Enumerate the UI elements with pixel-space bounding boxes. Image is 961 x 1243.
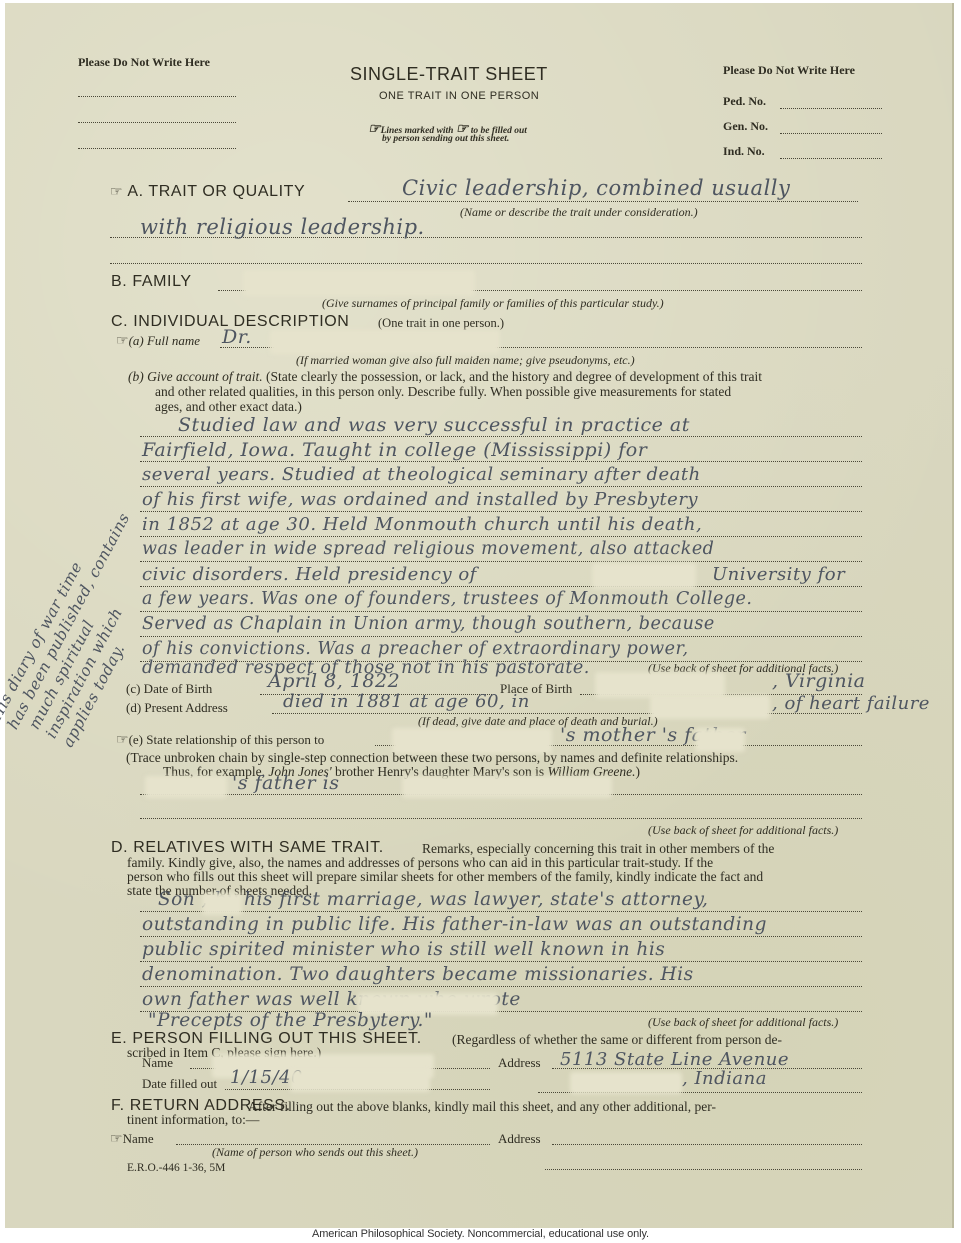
ind-no-field[interactable] (780, 158, 882, 159)
gen-no-field[interactable] (780, 133, 882, 134)
trait-value-line-1: Civic leadership, combined usually (402, 176, 790, 200)
account-text-line: several years. Studied at theological se… (142, 464, 701, 485)
relatives-text-line: denomination. Two daughters became missi… (142, 964, 694, 985)
filler-address-value-2: , Indiana (682, 1068, 767, 1089)
filler-name-label: Name (142, 1055, 173, 1071)
full-name-label: ☞(a) Full name (116, 333, 200, 350)
account-line[interactable] (140, 486, 862, 487)
account-instructions: (b) Give account of trait. (State clearl… (128, 369, 863, 384)
relatives-use-back-hint: (Use back of sheet for additional facts.… (648, 1015, 838, 1030)
account-line[interactable] (140, 436, 862, 437)
relatives-line[interactable] (140, 986, 862, 987)
present-address-value: died in 1881 at age 60, in (283, 691, 530, 712)
return-address-label: Address (498, 1131, 541, 1147)
filler-address-label: Address (498, 1055, 541, 1071)
office-line-1 (78, 96, 236, 97)
relationship-redacted-2 (695, 728, 745, 752)
header-instruction-line-2: by person sending out this sheet. (382, 134, 509, 144)
account-line[interactable] (140, 461, 862, 462)
university-redacted (592, 563, 696, 589)
trait-value-line-2: with religious leadership. (140, 215, 425, 239)
trait-line-3[interactable] (110, 263, 862, 264)
death-place-redacted (650, 695, 770, 719)
account-text-line: Served as Chaplain in Union army, though… (142, 614, 715, 634)
account-text-line-suffix: University for (712, 564, 845, 585)
account-text-line: of his convictions. Was a preacher of ex… (142, 639, 689, 659)
filler-address-value: 5113 State Line Avenue (560, 1049, 789, 1070)
account-line[interactable] (140, 536, 862, 537)
full-name-hint: (If married woman give also full maiden … (296, 353, 635, 368)
family-redacted (243, 270, 475, 296)
account-line[interactable] (140, 611, 862, 612)
relationship-use-back-hint: (Use back of sheet for additional facts.… (648, 823, 838, 838)
relatives-text-line: "Precepts of the Presbytery." (148, 1010, 433, 1031)
relationship-hint-1: (Trace unbroken chain by single-step con… (126, 750, 864, 765)
gen-no-label: Gen. No. (723, 119, 768, 134)
full-name-value: Dr. (222, 326, 252, 348)
relatives-line[interactable] (140, 961, 862, 962)
relatives-line[interactable] (140, 936, 862, 937)
dob-value: April 8, 1822 (268, 670, 400, 692)
account-text-line: Studied law and was very successful in p… (178, 414, 690, 436)
filler-city-redacted (570, 1072, 682, 1094)
form-code: E.R.O.-446 1-36, 5M (127, 1162, 225, 1174)
manicule-icon: ☞ (110, 1132, 123, 1147)
left-office-note: Please Do Not Write Here (78, 55, 210, 70)
manicule-icon: ☞ (110, 183, 123, 199)
account-line[interactable] (140, 511, 862, 512)
section-e-note-1: (Regardless of whether the same or diffe… (452, 1032, 862, 1047)
section-d-remarks-3: person who fills out this sheet will pre… (127, 869, 862, 884)
relatives-line[interactable] (140, 911, 862, 912)
section-b-label: B. FAMILY (111, 273, 192, 291)
return-address-field-2[interactable] (545, 1169, 862, 1170)
ped-no-field[interactable] (780, 108, 882, 109)
present-address-suffix: , of heart failure (772, 693, 930, 714)
return-name-label: ☞Name (110, 1131, 154, 1148)
office-line-3 (78, 148, 236, 149)
account-line[interactable] (140, 561, 862, 562)
section-f-note-2: tinent information, to:— (127, 1112, 259, 1127)
full-name-redacted (270, 330, 500, 354)
section-d-remarks-1: Remarks, especially concerning this trai… (422, 841, 862, 856)
family-hint: (Give surnames of principal family or fa… (322, 296, 664, 311)
attribution-footer: American Philosophical Society. Noncomme… (0, 1228, 961, 1240)
manicule-icon: ☞ (116, 733, 129, 748)
page-title: SINGLE-TRAIT SHEET (350, 64, 548, 85)
section-c-note: (One trait in one person.) (378, 316, 504, 331)
present-address-label: (d) Present Address (126, 700, 228, 716)
relationship-value-2: 's father is (232, 772, 339, 794)
relationship-line-3[interactable] (140, 818, 862, 819)
trait-hint: (Name or describe the trait under consid… (460, 205, 698, 220)
account-text-line: of his first wife, was ordained and inst… (142, 489, 698, 510)
ped-no-label: Ped. No. (723, 94, 766, 109)
section-d-remarks-2: family. Kindly give, also, the names and… (127, 855, 862, 870)
date-area-redacted (290, 1070, 430, 1092)
section-a-label: ☞ A. TRAIT OR QUALITY (110, 183, 305, 201)
relationship-redacted-4 (402, 776, 612, 798)
relatives-text-line: outstanding in public life. His father-i… (142, 914, 767, 935)
account-text-line: civic disorders. Held presidency of (142, 564, 477, 585)
return-address-field[interactable] (552, 1144, 862, 1145)
account-text-line: Fairfield, Iowa. Taught in college (Miss… (142, 439, 647, 461)
account-instructions-3: ages, and other exact data.) (155, 399, 302, 414)
account-line[interactable] (140, 636, 862, 637)
relatives-text-line: public spirited minister who is still we… (142, 939, 665, 960)
section-f-note-1: After filling out the above blanks, kind… (248, 1099, 862, 1114)
manicule-icon: ☞ (368, 122, 381, 137)
dob-label: (c) Date of Birth (126, 681, 212, 697)
account-text-line: in 1852 at age 30. Held Monmouth church … (142, 514, 702, 535)
son-name-redacted (202, 893, 242, 915)
account-instructions-2: and other related qualities, in this per… (155, 384, 863, 399)
account-text-line: was leader in wide spread religious move… (142, 539, 714, 559)
return-name-hint: (Name of person who sends out this sheet… (212, 1145, 418, 1160)
account-line[interactable] (140, 586, 862, 587)
manicule-icon: ☞ (116, 334, 129, 349)
relationship-label: ☞(e) State relationship of this person t… (116, 732, 324, 749)
office-line-2 (78, 122, 236, 123)
account-text-line: a few years. Was one of founders, truste… (142, 589, 752, 609)
ind-no-label: Ind. No. (723, 144, 765, 159)
page-subtitle: ONE TRAIT IN ONE PERSON (379, 90, 539, 102)
relationship-redacted-3 (145, 776, 227, 798)
pob-value: , Virginia (772, 670, 866, 692)
right-office-note: Please Do Not Write Here (723, 63, 855, 78)
trait-line-1[interactable] (348, 201, 858, 202)
date-filled-label: Date filled out (142, 1076, 217, 1092)
